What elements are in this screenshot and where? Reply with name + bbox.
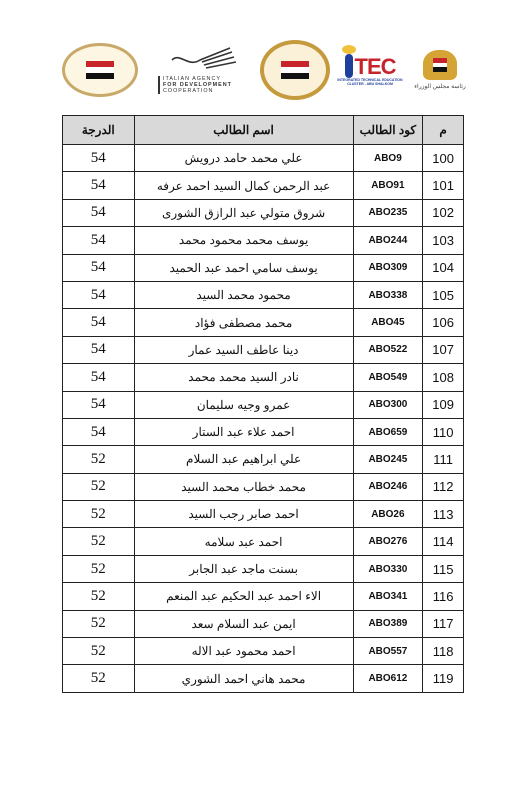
row-index: 101 xyxy=(423,172,464,199)
row-index: 111 xyxy=(423,446,464,473)
student-name: محمد خطاب محمد السيد xyxy=(134,473,353,500)
table-row: 104ABO309يوسف سامي احمد عبد الحميد54 xyxy=(63,254,464,281)
row-index: 112 xyxy=(423,473,464,500)
student-code: ABO276 xyxy=(353,528,423,555)
student-code: ABO659 xyxy=(353,418,423,445)
table-row: 105ABO338محمود محمد السيد54 xyxy=(63,281,464,308)
table-row: 113ABO26احمد صابر رجب السيد52 xyxy=(63,501,464,528)
student-name: بسنت ماجد عبد الجابر xyxy=(134,555,353,582)
table-row: 117ABO389ايمن عبد السلام سعد52 xyxy=(63,610,464,637)
student-code: ABO522 xyxy=(353,336,423,363)
student-name: محمود محمد السيد xyxy=(134,281,353,308)
student-name: احمد عبد سلامه xyxy=(134,528,353,555)
student-grade: 52 xyxy=(63,528,135,555)
student-name: دينا عاطف السيد عمار xyxy=(134,336,353,363)
header-name: اسم الطالب xyxy=(134,116,353,145)
table-row: 112ABO246محمد خطاب محمد السيد52 xyxy=(63,473,464,500)
student-code: ABO245 xyxy=(353,446,423,473)
student-code: ABO549 xyxy=(353,364,423,391)
table-row: 103ABO244يوسف محمد محمود محمد54 xyxy=(63,227,464,254)
row-index: 103 xyxy=(423,227,464,254)
student-grade: 52 xyxy=(63,473,135,500)
student-grade: 52 xyxy=(63,555,135,582)
egypt-emblem-logo: رئاسة مجلس الوزراء xyxy=(410,40,470,100)
students-table: م كود الطالب اسم الطالب الدرجة 100ABO9عل… xyxy=(62,115,464,693)
table-row: 108ABO549نادر السيد محمد محمد54 xyxy=(63,364,464,391)
row-index: 108 xyxy=(423,364,464,391)
table-row: 109ABO300عمرو وجيه سليمان54 xyxy=(63,391,464,418)
social-fund-logo xyxy=(60,40,140,100)
student-name: نادر السيد محمد محمد xyxy=(134,364,353,391)
table-row: 110ABO659احمد علاء عبد الستار54 xyxy=(63,418,464,445)
table-row: 119ABO612محمد هاني احمد الشوري52 xyxy=(63,665,464,692)
itec-title: TEC xyxy=(355,56,396,78)
emblem-icon xyxy=(260,40,330,100)
row-index: 105 xyxy=(423,281,464,308)
student-code: ABO246 xyxy=(353,473,423,500)
student-name: احمد صابر رجب السيد xyxy=(134,501,353,528)
student-name: يوسف سامي احمد عبد الحميد xyxy=(134,254,353,281)
table-row: 111ABO245علي ابراهيم عبد السلام52 xyxy=(63,446,464,473)
table-row: 107ABO522دينا عاطف السيد عمار54 xyxy=(63,336,464,363)
student-code: ABO389 xyxy=(353,610,423,637)
student-name: يوسف محمد محمود محمد xyxy=(134,227,353,254)
itec-subtitle: INTEGRATED TECHNICAL EDUCATION CLUSTER -… xyxy=(335,78,405,86)
student-name: احمد محمود عبد الاله xyxy=(134,638,353,665)
row-index: 114 xyxy=(423,528,464,555)
student-grade: 54 xyxy=(63,254,135,281)
student-code: ABO338 xyxy=(353,281,423,308)
table-header-row: م كود الطالب اسم الطالب الدرجة xyxy=(63,116,464,145)
table-row: 114ABO276احمد عبد سلامه52 xyxy=(63,528,464,555)
row-index: 102 xyxy=(423,199,464,226)
student-code: ABO612 xyxy=(353,665,423,692)
student-grade: 54 xyxy=(63,364,135,391)
student-name: احمد علاء عبد الستار xyxy=(134,418,353,445)
student-name: ايمن عبد السلام سعد xyxy=(134,610,353,637)
row-index: 119 xyxy=(423,665,464,692)
dove-icon xyxy=(170,46,240,74)
italian-line-3: COOPERATION xyxy=(163,88,232,94)
student-name: علي ابراهيم عبد السلام xyxy=(134,446,353,473)
row-index: 100 xyxy=(423,145,464,172)
row-index: 115 xyxy=(423,555,464,582)
student-grade: 52 xyxy=(63,610,135,637)
eagle-icon xyxy=(423,50,457,80)
student-grade: 54 xyxy=(63,309,135,336)
row-index: 109 xyxy=(423,391,464,418)
student-grade: 52 xyxy=(63,583,135,610)
student-grade: 54 xyxy=(63,199,135,226)
student-grade: 52 xyxy=(63,501,135,528)
student-code: ABO244 xyxy=(353,227,423,254)
student-code: ABO330 xyxy=(353,555,423,582)
student-grade: 52 xyxy=(63,446,135,473)
student-code: ABO235 xyxy=(353,199,423,226)
emblem-caption: رئاسة مجلس الوزراء xyxy=(414,83,466,90)
student-code: ABO341 xyxy=(353,583,423,610)
student-code: ABO300 xyxy=(353,391,423,418)
student-grade: 54 xyxy=(63,281,135,308)
student-name: عبد الرحمن كمال السيد احمد عرفه xyxy=(134,172,353,199)
student-name: الاء احمد عبد الحكيم عبد المنعم xyxy=(134,583,353,610)
table-row: 101ABO91عبد الرحمن كمال السيد احمد عرفه5… xyxy=(63,172,464,199)
itec-i-icon xyxy=(345,54,353,78)
student-grade: 54 xyxy=(63,418,135,445)
logos-header: ITALIAN AGENCY FOR DEVELOPMENT COOPERATI… xyxy=(60,40,470,100)
student-code: ABO91 xyxy=(353,172,423,199)
row-index: 107 xyxy=(423,336,464,363)
row-index: 118 xyxy=(423,638,464,665)
table-row: 118ABO557احمد محمود عبد الاله52 xyxy=(63,638,464,665)
header-index: م xyxy=(423,116,464,145)
table-row: 116ABO341الاء احمد عبد الحكيم عبد المنعم… xyxy=(63,583,464,610)
ministry-logo xyxy=(252,40,338,100)
row-index: 117 xyxy=(423,610,464,637)
student-name: محمد مصطفى فؤاد xyxy=(134,309,353,336)
table-row: 100ABO9علي محمد حامد درويش54 xyxy=(63,145,464,172)
student-grade: 52 xyxy=(63,665,135,692)
row-index: 116 xyxy=(423,583,464,610)
student-code: ABO9 xyxy=(353,145,423,172)
student-grade: 54 xyxy=(63,227,135,254)
itec-logo: TEC INTEGRATED TECHNICAL EDUCATION CLUST… xyxy=(335,40,405,100)
student-code: ABO309 xyxy=(353,254,423,281)
header-code: كود الطالب xyxy=(353,116,423,145)
student-grade: 54 xyxy=(63,145,135,172)
row-index: 106 xyxy=(423,309,464,336)
italian-agency-logo: ITALIAN AGENCY FOR DEVELOPMENT COOPERATI… xyxy=(158,40,256,100)
student-name: علي محمد حامد درويش xyxy=(134,145,353,172)
row-index: 104 xyxy=(423,254,464,281)
emblem-icon xyxy=(62,43,138,97)
table-row: 102ABO235شروق متولي عبد الرازق الشورى54 xyxy=(63,199,464,226)
student-grade: 54 xyxy=(63,336,135,363)
student-name: عمرو وجيه سليمان xyxy=(134,391,353,418)
table-row: 115ABO330بسنت ماجد عبد الجابر52 xyxy=(63,555,464,582)
student-name: محمد هاني احمد الشوري xyxy=(134,665,353,692)
student-name: شروق متولي عبد الرازق الشورى xyxy=(134,199,353,226)
student-code: ABO557 xyxy=(353,638,423,665)
student-grade: 54 xyxy=(63,172,135,199)
table-row: 106ABO45محمد مصطفى فؤاد54 xyxy=(63,309,464,336)
student-grade: 52 xyxy=(63,638,135,665)
student-grade: 54 xyxy=(63,391,135,418)
student-code: ABO26 xyxy=(353,501,423,528)
student-code: ABO45 xyxy=(353,309,423,336)
row-index: 113 xyxy=(423,501,464,528)
header-grade: الدرجة xyxy=(63,116,135,145)
row-index: 110 xyxy=(423,418,464,445)
